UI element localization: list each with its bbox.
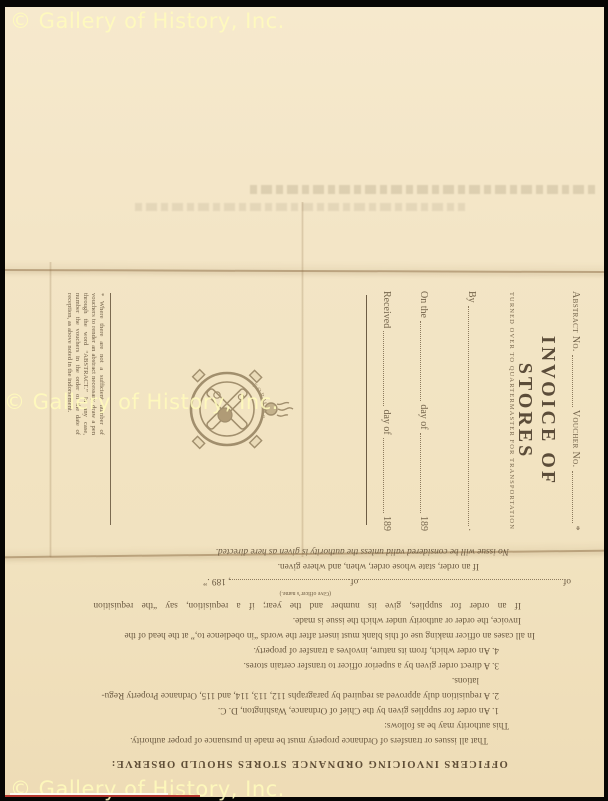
whose-order-line: If an order, state whose order, when, an…	[5, 558, 479, 573]
requisition-paragraph: If an order for supplies, give its numbe…	[5, 597, 521, 612]
voucher-asterisk: *	[570, 525, 581, 530]
day-blank	[420, 320, 421, 400]
year-prefix: 189	[418, 516, 429, 531]
scanned-document: Abstract No. Voucher No. * INVOICE OF ST…	[0, 0, 608, 800]
list-item-1: 1. An order for supplies given by the Ch…	[5, 702, 499, 717]
day-of-label-2: day of	[381, 409, 392, 434]
blank-usage-paragraph-1: In all cases an officer making use of th…	[5, 627, 535, 642]
voucher-number-blank	[572, 470, 573, 522]
by-label: By	[466, 291, 477, 303]
watermark-middle: © Gallery of History, Inc.	[4, 390, 279, 414]
received-day-blank	[383, 331, 384, 406]
blank-of-2: of	[351, 576, 359, 586]
form-title: INVOICE OF STORES	[513, 291, 559, 531]
abstract-voucher-line: Abstract No. Voucher No. *	[570, 291, 581, 531]
list-item-2: 2. A requisition duly approved as requir…	[5, 687, 499, 702]
blank-usage-paragraph-2: Invoice, the order or authority under wh…	[5, 612, 521, 627]
voucher-label: Voucher No.	[570, 409, 581, 467]
instructions-intro: That all issues or transfers of Ordnance…	[5, 732, 604, 747]
on-the-date-line: On the day of 189	[418, 291, 429, 531]
place-blank	[231, 579, 351, 589]
day-of-label: day of	[418, 404, 429, 429]
blank-year: , 189	[212, 576, 231, 586]
instructions-block: OFFICERS INVOICING ORDNANCE STORES SHOUL…	[5, 549, 604, 797]
abstract-number-blank	[572, 354, 573, 406]
on-the-label: On the	[418, 291, 429, 318]
give-officers-name-note: (Give officer’s name.)	[5, 589, 331, 597]
scan-artifact-line-red	[5, 795, 200, 797]
abstract-label: Abstract No.	[570, 291, 581, 352]
instructions-heading: OFFICERS INVOICING ORDNANCE STORES SHOUL…	[5, 756, 604, 771]
list-item-4: 4. An order which, from its nature, invo…	[5, 642, 499, 657]
by-blank	[468, 305, 469, 525]
form-subtitle: TURNED OVER TO QUARTERMASTER FOR TRANSPO…	[508, 291, 515, 531]
bleed-through-smudge	[250, 185, 595, 194]
no-issue-warning: No issue will be considered valid unless…	[5, 543, 509, 558]
by-line-end: .	[466, 528, 477, 531]
year-prefix-2: 189	[381, 516, 392, 531]
requisition-blank-line: ofof, 189 .”	[5, 573, 571, 589]
received-month-blank	[383, 437, 384, 512]
authority-follows-line: This authority may be as follows:	[5, 717, 509, 732]
received-label: Received	[381, 291, 392, 328]
list-item-3: 3. A direct order given by a superior of…	[5, 657, 499, 672]
bleed-through-smudge	[135, 203, 465, 211]
list-item-2-continuation: lations.	[5, 672, 479, 687]
month-blank	[420, 432, 421, 512]
watermark-top: © Gallery of History, Inc.	[10, 9, 285, 33]
form-bottom-rule	[366, 295, 367, 525]
blank-of-1: of	[563, 576, 571, 586]
by-line: By .	[466, 291, 477, 531]
received-date-line: Received day of 189	[381, 291, 392, 531]
blank-close-quote: .”	[203, 576, 209, 586]
instructions-page-rotated: OFFICERS INVOICING ORDNANCE STORES SHOUL…	[5, 549, 604, 797]
officer-name-blank	[358, 579, 563, 589]
